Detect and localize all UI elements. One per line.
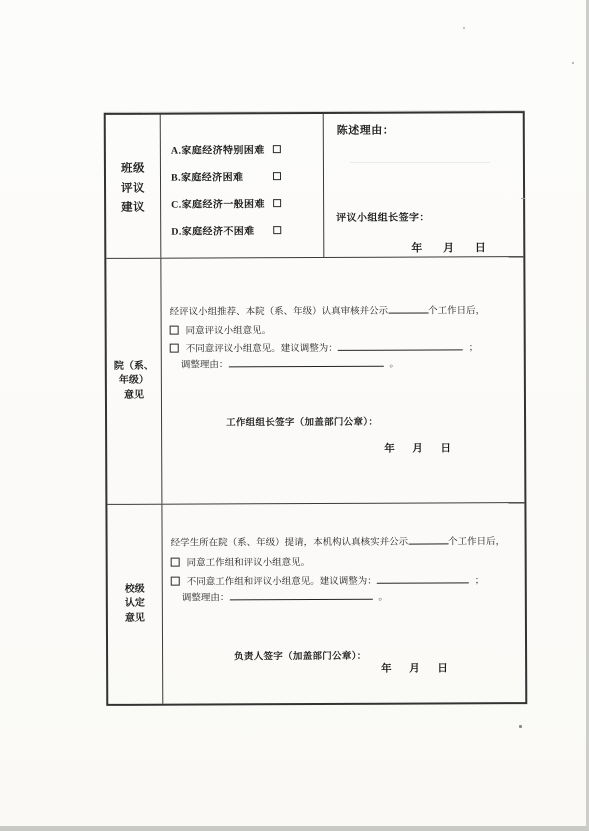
checkbox-option-d[interactable] [273,226,281,234]
option-a-label: A.家庭经济特别困难 [171,141,265,156]
label-line: 校级 [125,582,145,597]
university-reason-tail: 。 [378,593,388,603]
university-determination-cell: 经学生所在院（系、年级）提请，本机构认真核实并公示个工作日后， 同意工作组和评议… [162,503,525,704]
workgroup-leader-signature-label: 工作组组长签字（加盖部门公章）： [226,414,378,429]
university-intro-prefix: 经学生所在院（系、年级）提请，本机构认真核实并公示 [171,538,409,549]
college-agree-line: 同意评议小组意见。 [170,325,272,337]
label-line: 评议 [121,179,145,199]
label-line: 年级） [119,374,149,389]
scan-speck [463,27,465,29]
difficulty-options-column: A.家庭经济特别困难 B.家庭经济困难 C.家庭经济一般困难 D.家庭经济不困难 [161,114,325,258]
college-disagree-tail: ； [469,343,479,353]
label-line: 建议 [121,199,145,219]
scan-speck [572,62,574,64]
college-reason-line: 调整理由：。 [181,358,399,372]
scan-speck [521,198,525,199]
university-intro-suffix: 个工作日后， [448,537,505,547]
row-label-class-review: 班级 评议 建议 [106,115,162,258]
university-agree-line: 同意工作组和评议小组意见。 [171,557,311,570]
row-label-university-determination: 校级 认定 意见 [107,505,163,704]
checkbox-option-a[interactable] [273,145,281,153]
row-university-determination: 校级 认定 意见 经学生所在院（系、年级）提请，本机构认真核实并公示个工作日后，… [107,502,525,704]
university-disagree-line: 不同意工作组和评议小组意见。建议调整为：； [171,574,485,588]
university-reason-label: 调整理由： [182,593,230,603]
university-intro-line: 经学生所在院（系、年级）提请，本机构认真核实并公示个工作日后， [171,535,506,549]
university-disagree-tail: ； [475,576,485,586]
scanned-form-page: 班级 评议 建议 A.家庭经济特别困难 B.家庭经济困难 C.家庭经济一般困难 [0,0,589,831]
option-row-c: C.家庭经济一般困难 [171,189,281,216]
row-college-opinion: 院（系、 年级） 意见 经评议小组推荐、本院（系、年级）认真审核并公示个工作日后… [106,256,524,504]
college-reason-tail: 。 [389,360,399,370]
option-b-label: B.家庭经济困难 [171,168,243,183]
option-c-label: C.家庭经济一般困难 [171,195,265,210]
statement-cell: 陈述理由： 评议小组组长签字： 年 月 日 [324,113,524,257]
option-row-b: B.家庭经济困难 [171,162,281,189]
review-group-leader-signature-label: 评议小组组长签字： [336,208,430,223]
checkbox-college-disagree[interactable] [170,344,179,353]
blank-university-adjust-to[interactable] [377,574,469,583]
assessment-form-table: 班级 评议 建议 A.家庭经济特别困难 B.家庭经济困难 C.家庭经济一般困难 [104,111,528,706]
university-reason-line: 调整理由：。 [182,591,388,605]
label-line: 认定 [125,597,145,612]
row-label-college-opinion: 院（系、 年级） 意见 [106,259,162,504]
label-line: 意见 [124,388,144,403]
college-reason-label: 调整理由： [181,360,229,370]
option-row-a: A.家庭经济特别困难 [171,135,281,162]
responsible-person-signature-label: 负责人签字（加盖部门公章）： [234,648,367,663]
blank-publicity-days-2[interactable] [408,535,448,544]
scan-speck [519,725,522,728]
option-d-label: D.家庭经济不困难 [171,222,254,237]
college-intro-suffix: 个工作日后， [428,306,485,316]
checkbox-university-agree[interactable] [171,558,180,567]
scan-scratch-line [350,162,490,163]
date-line-university: 年 月 日 [381,660,448,675]
college-intro-line: 经评议小组推荐、本院（系、年级）认真审核并公示个工作日后， [170,304,486,318]
option-row-d: D.家庭经济不困难 [171,216,281,243]
label-line: 意见 [125,611,145,626]
date-line-college: 年 月 日 [384,440,451,455]
college-opinion-cell: 经评议小组推荐、本院（系、年级）认真审核并公示个工作日后， 同意评议小组意见。 … [161,257,524,504]
label-line: 院（系、 [114,359,154,374]
college-intro-prefix: 经评议小组推荐、本院（系、年级）认真审核并公示 [170,307,389,318]
blank-university-adjust-reason[interactable] [229,591,372,601]
college-agree-text: 同意评议小组意见。 [186,326,272,336]
university-agree-text: 同意工作组和评议小组意见。 [187,558,311,569]
row-class-review-suggestion: 班级 评议 建议 A.家庭经济特别困难 B.家庭经济困难 C.家庭经济一般困难 [106,113,524,258]
blank-college-adjust-reason[interactable] [228,358,383,368]
college-disagree-line: 不同意评议小组意见。建议调整为：； [170,341,479,355]
university-disagree-text: 不同意工作组和评议小组意见。建议调整为： [187,577,377,588]
checkbox-option-c[interactable] [273,199,281,207]
blank-publicity-days[interactable] [388,305,428,314]
statement-reason-label: 陈述理由： [337,122,395,138]
college-disagree-text: 不同意评议小组意见。建议调整为： [186,344,338,355]
label-line: 班级 [121,160,145,180]
checkbox-university-disagree[interactable] [171,577,180,586]
blank-college-adjust-to[interactable] [338,341,463,351]
checkbox-college-agree[interactable] [170,326,179,335]
checkbox-option-b[interactable] [273,172,281,180]
date-line-class-review: 年 月 日 [411,239,486,255]
